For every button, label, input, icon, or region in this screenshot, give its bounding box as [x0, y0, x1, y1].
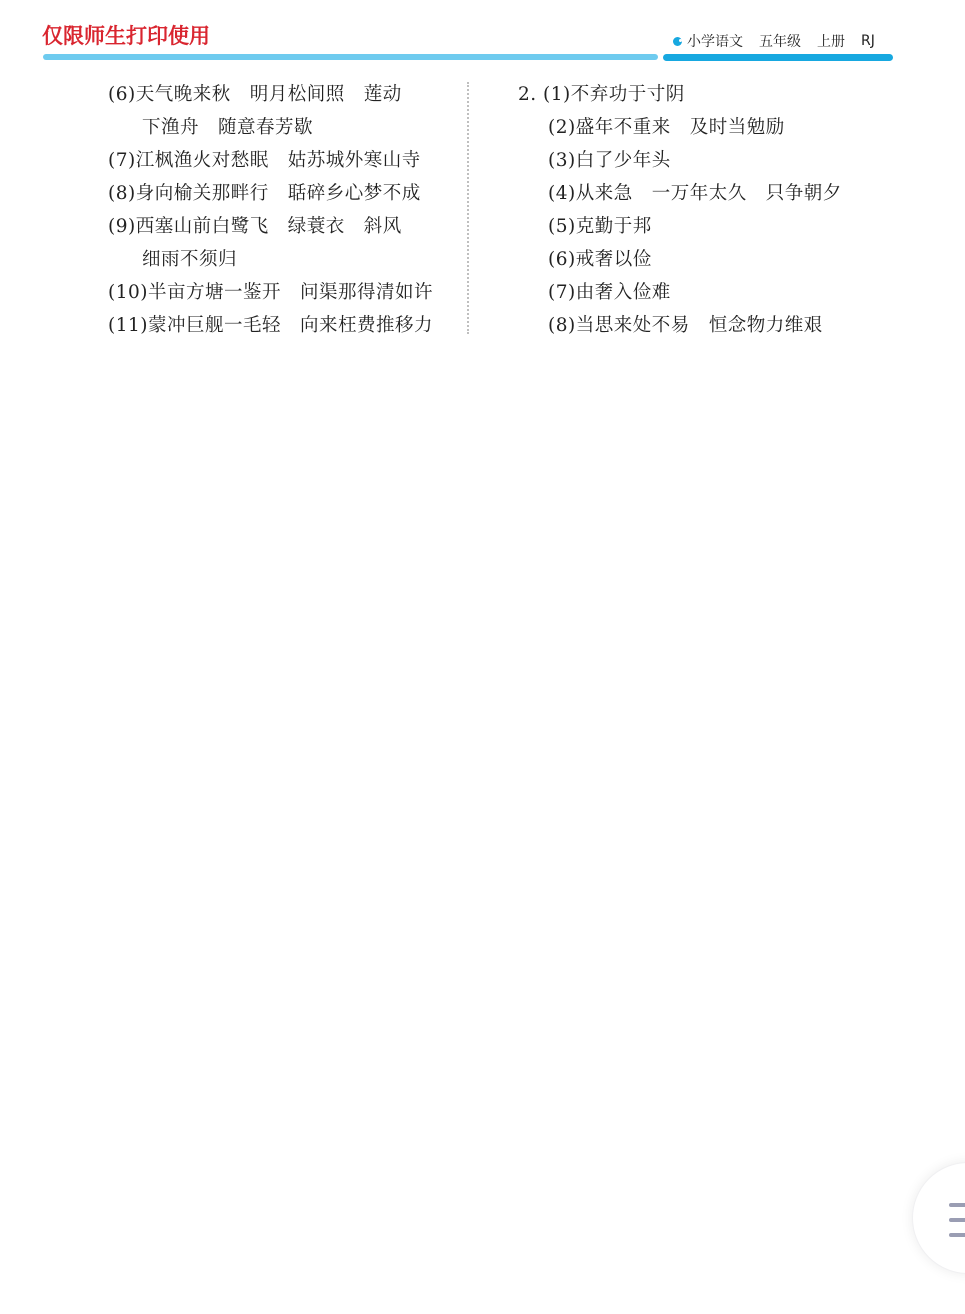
header-bar-right: [663, 54, 893, 61]
bullet-dot-icon: [673, 37, 682, 46]
answer-column-left: (6)天气晚来秋 明月松间照 莲动 下渔舟 随意春芳歇 (7)江枫渔火对愁眠 姑…: [108, 78, 460, 342]
answer-line: (8)当思来处不易 恒念物力维艰: [518, 309, 898, 342]
answer-line: (9)西塞山前白鹭飞 绿蓑衣 斜风: [108, 210, 460, 243]
answer-line: (8)身向榆关那畔行 聒碎乡心梦不成: [108, 177, 460, 210]
answer-line: (11)蒙冲巨舰一毛轻 向来枉费推移力: [108, 309, 460, 342]
header-bar-left: [43, 54, 658, 60]
column-divider: [467, 82, 469, 334]
answer-column-right: 2. (1)不弃功于寸阴 (2)盛年不重来 及时当勉励 (3)白了少年头 (4)…: [518, 78, 898, 342]
print-watermark-title: 仅限师生打印使用: [42, 22, 210, 50]
answer-line: (3)白了少年头: [518, 144, 898, 177]
answer-line: (5)克勤于邦: [518, 210, 898, 243]
answer-line-continuation: 细雨不须归: [108, 243, 460, 276]
answer-line: (2)盛年不重来 及时当勉励: [518, 111, 898, 144]
answer-line-continuation: 下渔舟 随意春芳歇: [108, 111, 460, 144]
book-subject: 小学语文: [687, 31, 743, 51]
book-edition: RJ: [861, 33, 875, 49]
book-info: 小学语文 五年级 上册 RJ: [673, 31, 875, 51]
answer-line: (6)戒奢以俭: [518, 243, 898, 276]
answer-line: (6)天气晚来秋 明月松间照 莲动: [108, 78, 460, 111]
answer-line: (7)由奢入俭难: [518, 276, 898, 309]
answer-line: (4)从来急 一万年太久 只争朝夕: [518, 177, 898, 210]
floating-menu-button[interactable]: [912, 1162, 965, 1274]
answer-line: (10)半亩方塘一鉴开 问渠那得清如许: [108, 276, 460, 309]
answer-line: 2. (1)不弃功于寸阴: [518, 78, 898, 111]
book-grade: 五年级: [759, 31, 801, 51]
answer-line: (7)江枫渔火对愁眠 姑苏城外寒山寺: [108, 144, 460, 177]
book-volume: 上册: [817, 31, 845, 51]
